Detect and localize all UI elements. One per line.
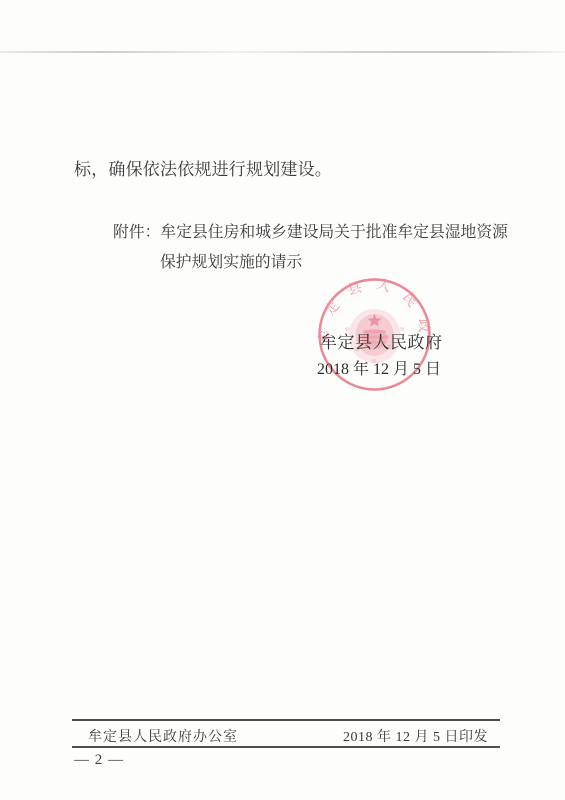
scanned-document-page: 标，确保依法依规进行规划建设。 附件：牟定县住房和城乡建设局关于批准牟定县湿地资… [0, 0, 565, 800]
footer-rule-bottom [72, 746, 500, 748]
page-number: — 2 — [74, 752, 124, 769]
attachment-line-2: 保护规划实施的请示 [160, 249, 302, 272]
footer-print-date: 2018 年 12 月 5 日印发 [343, 726, 488, 746]
attachment-title-part1: 牟定县住房和城乡建设局关于批准牟定县湿地资源 [160, 224, 508, 241]
attachment-line-1: 附件：牟定县住房和城乡建设局关于批准牟定县湿地资源 [113, 219, 508, 242]
footer-rule-top [72, 719, 500, 721]
attachment-label: 附件： [113, 224, 160, 241]
signature-date: 2018 年 12 月 5 日 [317, 356, 441, 379]
scan-artifact-line [0, 51, 565, 53]
body-paragraph: 标，确保依法依规进行规划建设。 [74, 155, 332, 180]
footer-issuing-office: 牟定县人民政府办公室 [88, 726, 238, 746]
signature-issuer: 牟定县人民政府 [320, 328, 443, 353]
